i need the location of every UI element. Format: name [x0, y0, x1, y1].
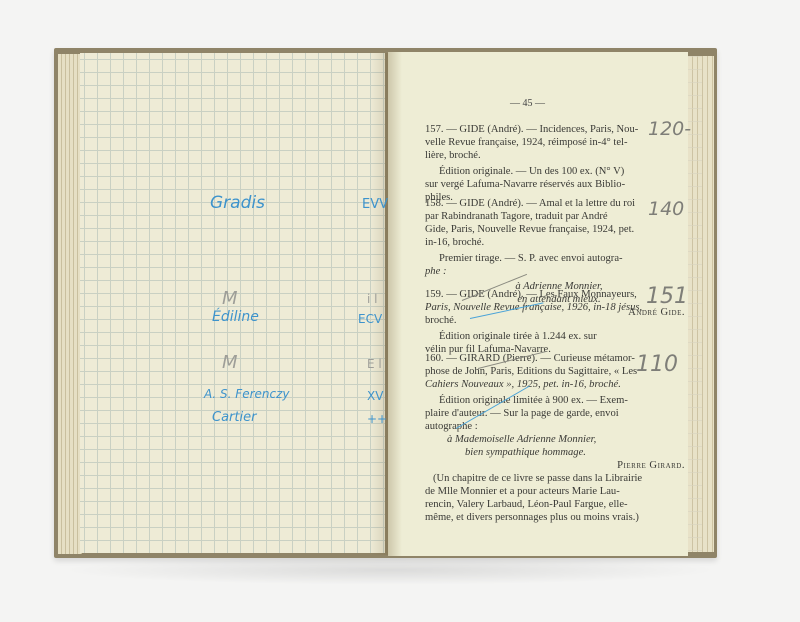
ledger-code: i l [367, 292, 377, 306]
entry-text-line: broché. [425, 314, 693, 327]
ledger-code: ECV [358, 312, 382, 326]
ledger-code: ++ [367, 412, 387, 426]
page-number: — 45 — [510, 97, 545, 110]
comment-line: de Mlle Monnier et a pour acteurs Marie … [425, 485, 693, 498]
comment-line: même, et divers personnages plus ou moin… [425, 511, 693, 524]
book-shadow [60, 555, 720, 585]
ledger-name: Édiline [212, 309, 259, 325]
catalogue-entry-160: 160. — GIRARD (Pierre). — Curieuse métam… [425, 352, 693, 524]
entry-text-line: Gide, Paris, Nouvelle Revue française, 1… [425, 223, 693, 236]
ledger-name: Cartier [212, 410, 256, 425]
price-annotation: 120- [648, 118, 691, 140]
price-annotation: 110 [636, 352, 678, 377]
signature: Pierre Girard. [425, 459, 693, 472]
entry-note-line: plaire d'auteur. — Sur la page de garde,… [425, 407, 693, 420]
entry-text-line: in-16, broché. [425, 236, 693, 249]
entry-note-line: Premier tirage. — S. P. avec envoi autog… [425, 252, 693, 265]
entry-note-line: Édition originale tirée à 1.244 ex. sur [425, 330, 693, 343]
dedication-line: bien sympathique hommage. [425, 446, 693, 459]
entry-text-line: Cahiers Nouveaux », 1925, pet. in-16, br… [425, 378, 693, 391]
ledger-code: EVV [362, 197, 388, 212]
entry-text-line: lière, broché. [425, 149, 693, 162]
entry-note-line: phe : [425, 265, 693, 278]
dedication-line: à Mademoiselle Adrienne Monnier, [425, 433, 693, 446]
entry-note-line: sur vergé Lafuma-Navarre réservés aux Bi… [425, 178, 693, 191]
comment-line: rencin, Valery Larbaud, Léon-Paul Fargue… [425, 498, 693, 511]
entry-note-line: Édition originale limitée à 900 ex. — Ex… [425, 394, 693, 407]
ledger-name: M [222, 288, 238, 309]
comment-line: (Un chapitre de ce livre se passe dans l… [425, 472, 693, 485]
price-annotation: 140 [648, 198, 684, 220]
ledger-name: A. S. Ferenczy [204, 387, 290, 401]
right-gutter-shading [388, 52, 402, 556]
left-page-stack [58, 54, 82, 554]
ledger-name: Gradis [210, 193, 265, 213]
ledger-name: M [222, 352, 238, 373]
price-annotation: 151 [646, 284, 688, 309]
ledger-code: E l [367, 357, 382, 371]
ledger-code: XV [367, 389, 383, 403]
entry-note-line: Édition originale. — Un des 100 ex. (N° … [425, 165, 693, 178]
